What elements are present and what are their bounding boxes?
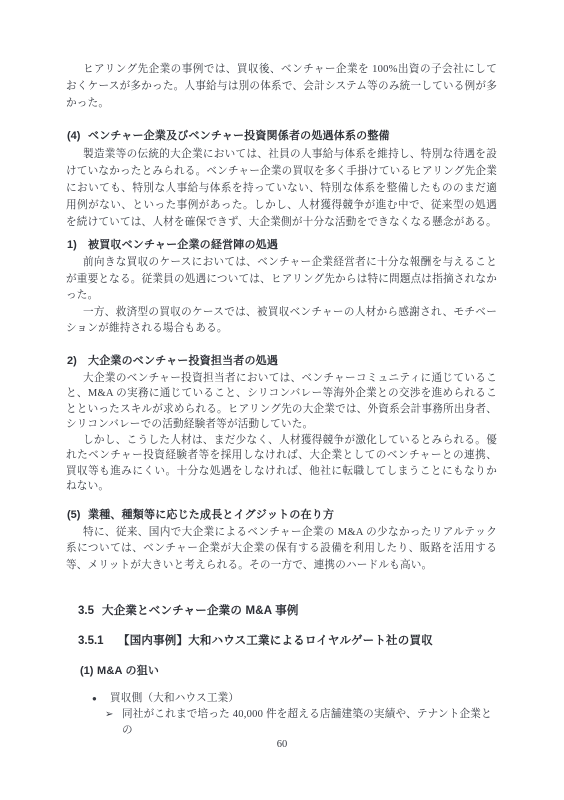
arrow-bullet-icon: ➢ <box>105 707 122 739</box>
heading-number: (4) <box>67 126 88 146</box>
para-hearing-cases: ヒアリング先企業の事例では、買収後、ベンチャー企業を 100%出資の子会社にして… <box>66 61 497 112</box>
para-traditional-enterprises: 製造業等の伝統的大企業においては、社員の人事給与体系を維持し、特別な待遇を設けて… <box>66 146 497 231</box>
para-talent-competition: しかし、こうした人材は、まだ少なく、人材獲得競争が激化しているとみられる。優れた… <box>66 433 497 495</box>
page-number: 60 <box>0 738 564 752</box>
para-positive-acquisition: 前向きな買収のケースにおいては、ベンチャー企業経営者に十分な報酬を与えることが重… <box>66 255 497 305</box>
para-rescue-acquisition: 一方、救済型の買収のケースでは、被買収ベンチャーの人材から感謝され、モチベーショ… <box>66 305 497 338</box>
heading-text: M&A の狙い <box>97 661 497 681</box>
heading-section-3-5: 3.5 大企業とベンチャー企業の M&A 事例 <box>66 601 497 621</box>
heading-text: 業種、種類等に応じた成長とイグジットの在り方 <box>88 505 497 525</box>
heading-ma-aim: (1) M&A の狙い <box>66 661 497 681</box>
section-title: 大企業とベンチャー企業の M&A 事例 <box>102 601 497 621</box>
heading-number: 2) <box>67 351 88 371</box>
heading-number: 1) <box>67 235 88 255</box>
subbullet-store-construction-record: ➢ 同社がこれまで培った 40,000 件を超える店舗建築の実績や、テナント企業… <box>66 707 497 739</box>
bullet-text: 買収側（大和ハウス工業） <box>110 691 239 707</box>
document-page: ヒアリング先企業の事例では、買収後、ベンチャー企業を 100%出資の子会社にして… <box>0 0 564 800</box>
para-realtech-merits: 特に、従来、国内で大企業によるベンチャー企業の M&A の少なかったリアルテック… <box>66 525 497 575</box>
filled-circle-bullet-icon: ● <box>92 691 110 707</box>
heading-investment-staff: 2) 大企業のベンチャー投資担当者の処遇 <box>66 351 497 371</box>
heading-treatment-systems: (4) ベンチャー企業及びベンチャー投資関係者の処遇体系の整備 <box>66 126 497 146</box>
heading-section-3-5-1: 3.5.1 【国内事例】大和ハウス工業によるロイヤルゲート社の買収 <box>66 631 497 651</box>
heading-text: 被買収ベンチャー企業の経営陣の処遇 <box>88 235 497 255</box>
heading-acquired-venture-management: 1) 被買収ベンチャー企業の経営陣の処遇 <box>66 235 497 255</box>
document-content: ヒアリング先企業の事例では、買収後、ベンチャー企業を 100%出資の子会社にして… <box>66 61 497 739</box>
section-number: 3.5 <box>78 601 102 621</box>
heading-number: (5) <box>67 505 88 525</box>
heading-text: 大企業のベンチャー投資担当者の処遇 <box>88 351 497 371</box>
subsection-number: 3.5.1 <box>78 631 118 651</box>
subsection-title: 【国内事例】大和ハウス工業によるロイヤルゲート社の買収 <box>118 631 497 651</box>
bullet-acquirer-side: ● 買収側（大和ハウス工業） <box>66 691 497 707</box>
heading-number: (1) <box>80 661 97 681</box>
heading-text: ベンチャー企業及びベンチャー投資関係者の処遇体系の整備 <box>88 126 497 146</box>
heading-growth-exit: (5) 業種、種類等に応じた成長とイグジットの在り方 <box>66 505 497 525</box>
para-investment-staff-skills: 大企業のベンチャー投資担当者においては、ベンチャーコミュニティに通じていること、… <box>66 371 497 433</box>
subbullet-text: 同社がこれまで培った 40,000 件を超える店舗建築の実績や、テナント企業との <box>122 707 497 739</box>
